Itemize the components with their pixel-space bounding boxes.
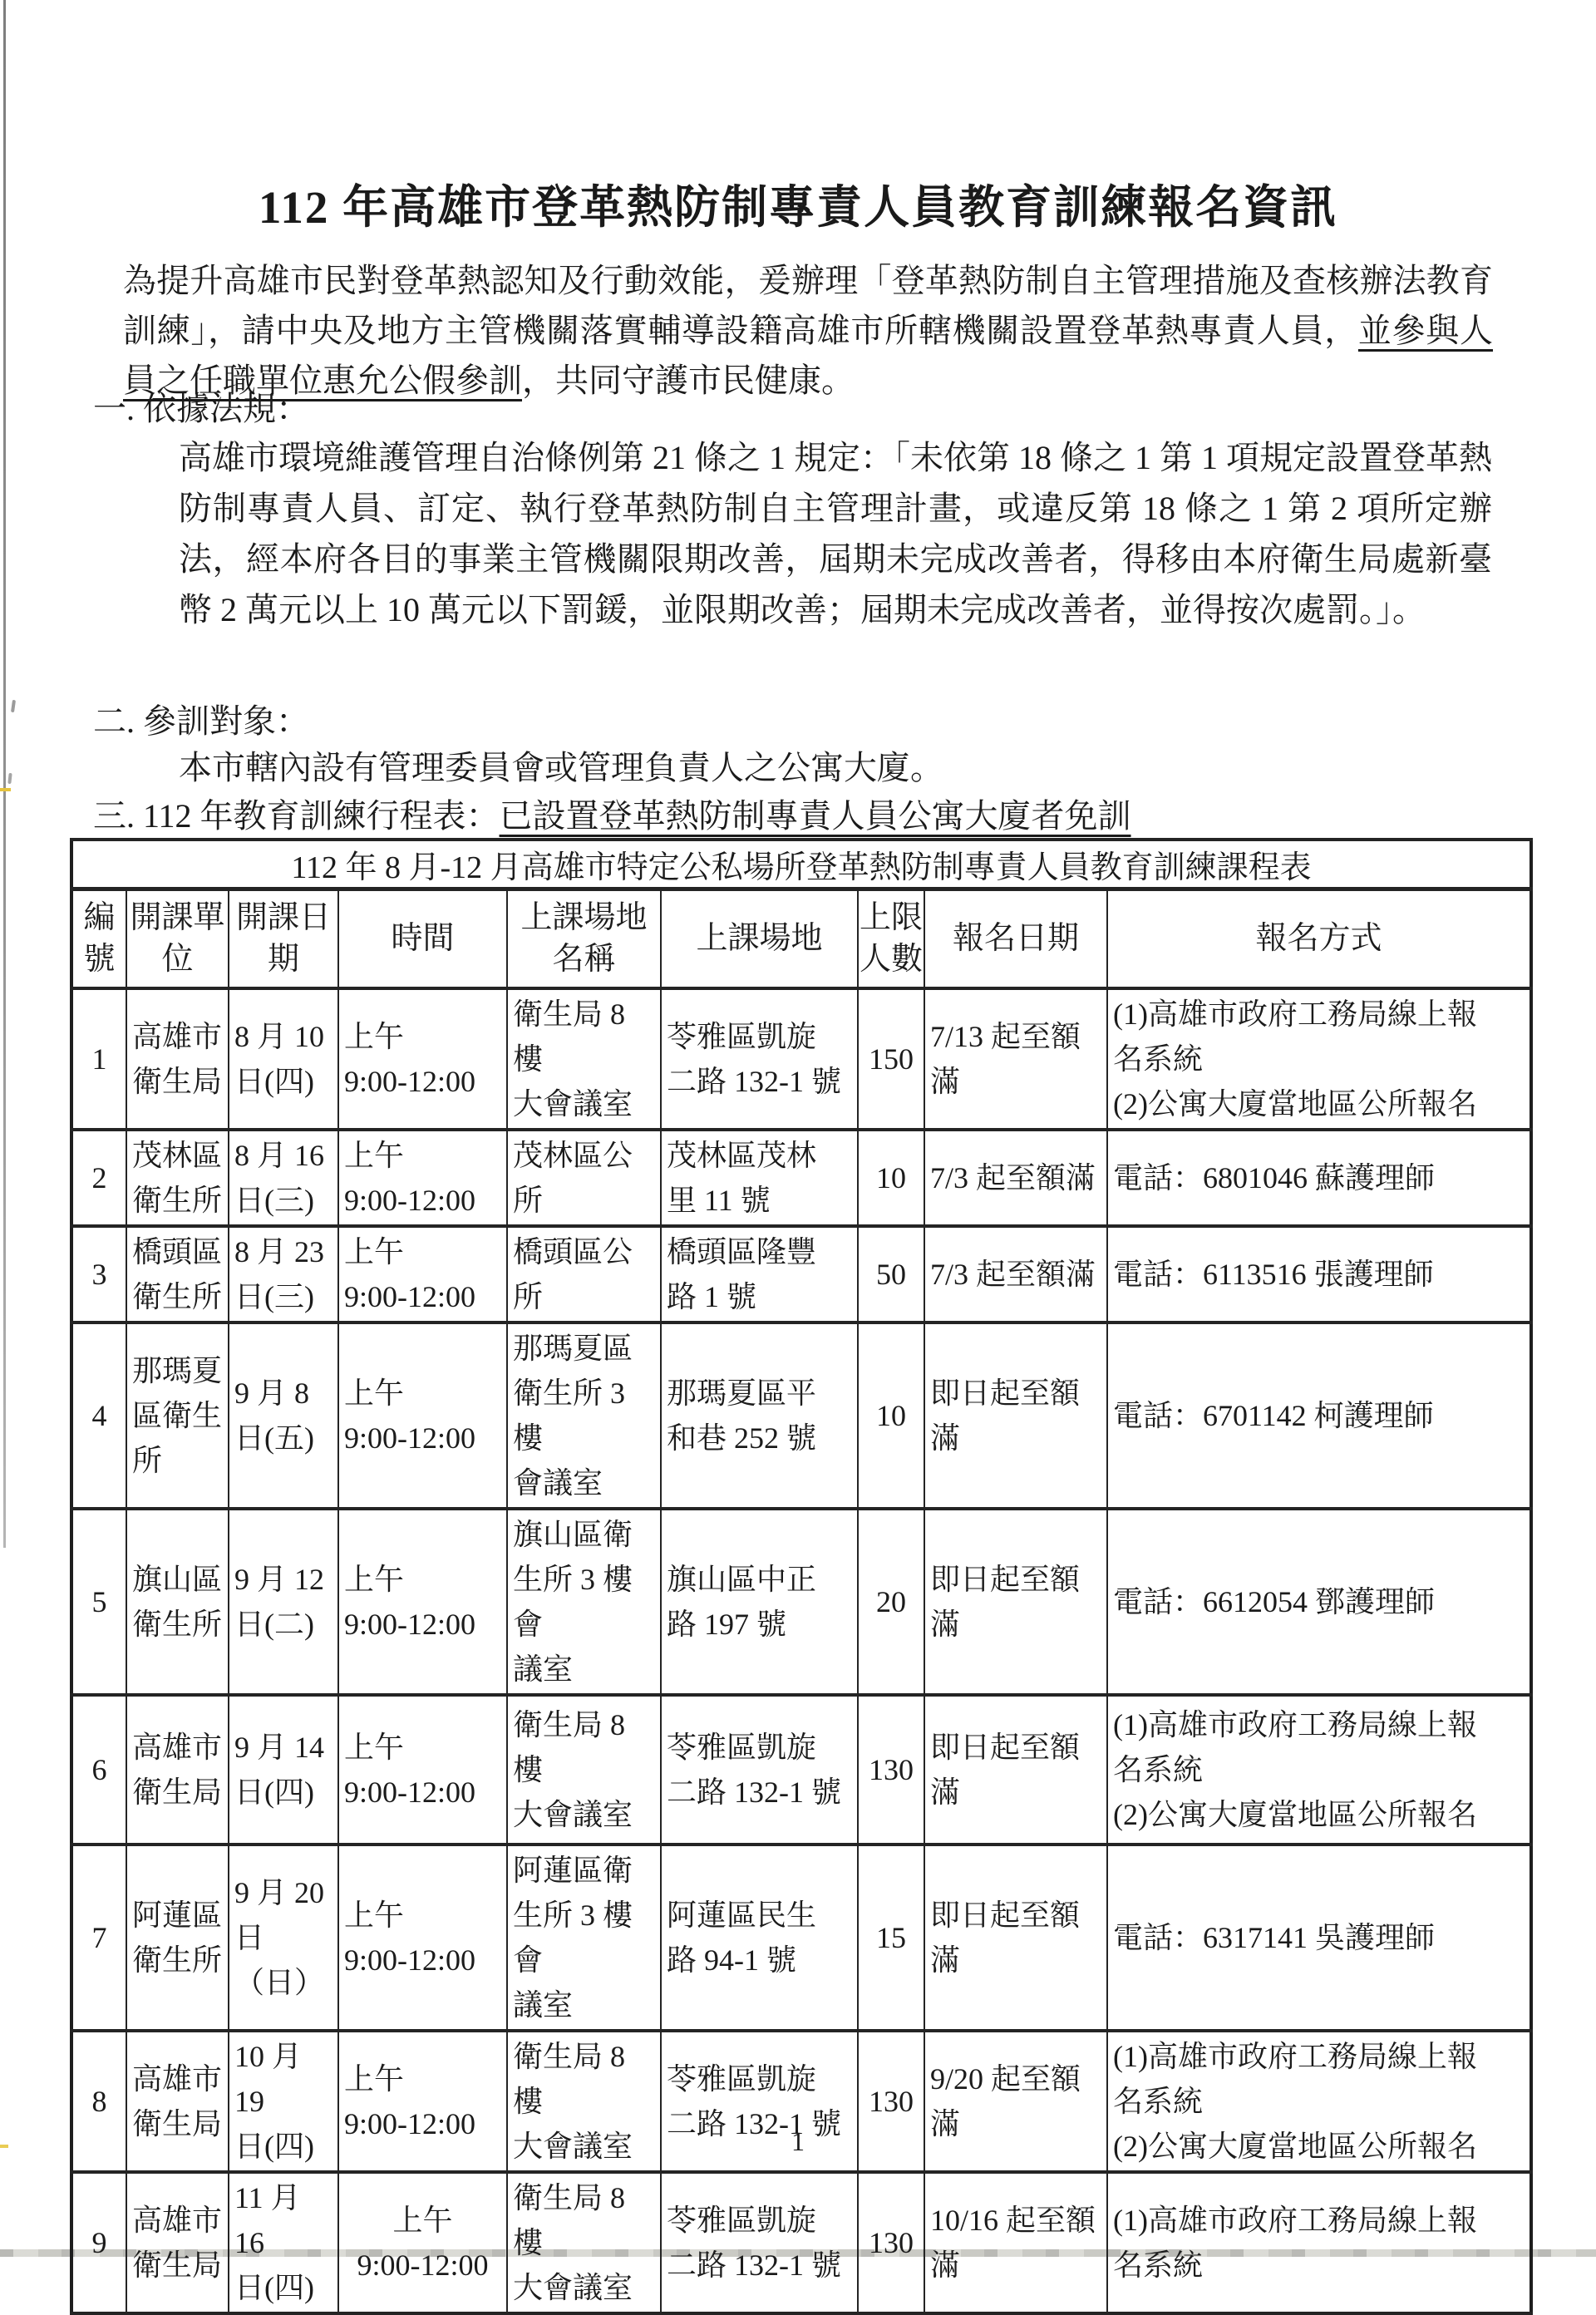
table-caption: 112 年 8 月-12 月高雄市特定公私場所登革熱防制專責人員教育訓練課程表	[71, 840, 1531, 889]
cell-course-date: 8 月 23 日(三)	[229, 1226, 338, 1323]
cell-venue-name: 衛生局 8 樓 大會議室	[507, 1695, 661, 1845]
table-row: 7阿蓮區 衛生所9 月 20 日（日）上午 9:00-12:00阿蓮區衛 生所 …	[71, 1845, 1531, 2031]
schedule-table: 112 年 8 月-12 月高雄市特定公私場所登革熱防制專責人員教育訓練課程表 …	[70, 838, 1533, 2315]
section-schedule-heading: 三. 112 年教育訓練行程表：已設置登革熱防制專責人員公寓大廈者免訓	[93, 790, 1131, 837]
column-header: 開課單位	[126, 889, 229, 988]
cell-registration-method: 電話：6317141 吳護理師	[1107, 1845, 1531, 2031]
column-header: 上課場地	[661, 889, 858, 988]
cell-organizing-unit: 茂林區 衛生所	[126, 1130, 229, 1226]
cell-participant-limit: 20	[858, 1509, 924, 1695]
cell-venue-name: 衛生局 8 樓 大會議室	[507, 988, 661, 1130]
column-header: 時間	[338, 889, 507, 988]
column-header: 編號	[71, 889, 126, 988]
table-row: 6高雄市 衛生局9 月 14 日(四)上午 9:00-12:00衛生局 8 樓 …	[71, 1695, 1531, 1845]
cell-course-date: 9 月 20 日（日）	[229, 1845, 338, 2031]
table-header-row: 編號開課單位開課日期時間上課場地名稱上課場地上限人數報名日期報名方式	[71, 889, 1531, 988]
cell-registration-method: 電話：6801046 蘇護理師	[1107, 1130, 1531, 1226]
cell-venue-name: 橋頭區公 所	[507, 1226, 661, 1323]
cell-course-time: 上午 9:00-12:00	[338, 1845, 507, 2031]
table-row: 1高雄市 衛生局8 月 10 日(四)上午 9:00-12:00衛生局 8 樓 …	[71, 988, 1531, 1130]
cell-venue-name: 阿蓮區衛 生所 3 樓會 議室	[507, 1845, 661, 2031]
cell-registration-date: 即日起至額 滿	[924, 1845, 1107, 2031]
table-row: 2茂林區 衛生所8 月 16 日(三)上午 9:00-12:00茂林區公 所茂林…	[71, 1130, 1531, 1226]
cell-course-time: 上午 9:00-12:00	[338, 1695, 507, 1845]
intro-paragraph: 為提升高雄市民對登革熱認知及行動效能，爰辦理「登革熱防制自主管理措施及查核辦法教…	[123, 256, 1493, 406]
scan-artifact-yellow-tick-1	[0, 788, 11, 791]
schedule-table-body: 1高雄市 衛生局8 月 10 日(四)上午 9:00-12:00衛生局 8 樓 …	[71, 988, 1531, 2313]
cell-course-number: 5	[71, 1509, 126, 1695]
cell-participant-limit: 15	[858, 1845, 924, 2031]
cell-venue-address: 苓雅區凱旋 二路 132-1 號	[661, 988, 858, 1130]
cell-registration-method: (1)高雄市政府工務局線上報 名系統	[1107, 2172, 1531, 2313]
cell-participant-limit: 150	[858, 988, 924, 1130]
table-row: 4那瑪夏 區衛生 所9 月 8 日(五)上午 9:00-12:00那瑪夏區 衛生…	[71, 1323, 1531, 1509]
cell-registration-date: 即日起至額 滿	[924, 1323, 1107, 1509]
scan-artifact-smudge-2	[7, 773, 12, 784]
column-header: 開課日期	[229, 889, 338, 988]
cell-course-number: 9	[71, 2172, 126, 2313]
cell-course-time: 上午 9:00-12:00	[338, 1323, 507, 1509]
page-number: 1	[0, 2126, 1596, 2157]
cell-participant-limit: 130	[858, 1695, 924, 1845]
cell-course-date: 9 月 12 日(二)	[229, 1509, 338, 1695]
cell-venue-name: 旗山區衛 生所 3 樓會 議室	[507, 1509, 661, 1695]
table-row: 5旗山區 衛生所9 月 12 日(二)上午 9:00-12:00旗山區衛 生所 …	[71, 1509, 1531, 1695]
cell-registration-date: 即日起至額 滿	[924, 1695, 1107, 1845]
intro-text-post: ，共同守護市民健康。	[522, 362, 855, 399]
cell-organizing-unit: 阿蓮區 衛生所	[126, 1845, 229, 2031]
scan-artifact-smudge-1	[11, 700, 16, 712]
cell-venue-address: 那瑪夏區平 和巷 252 號	[661, 1323, 858, 1509]
schedule-table-wrapper: 112 年 8 月-12 月高雄市特定公私場所登革熱防制專責人員教育訓練課程表 …	[70, 838, 1533, 2315]
cell-course-number: 7	[71, 1845, 126, 2031]
cell-registration-date: 10/16 起至額 滿	[924, 2172, 1107, 2313]
cell-organizing-unit: 橋頭區 衛生所	[126, 1226, 229, 1323]
cell-course-number: 2	[71, 1130, 126, 1226]
cell-venue-name: 茂林區公 所	[507, 1130, 661, 1226]
section-audience-heading: 二. 參訓對象：	[93, 695, 309, 742]
cell-course-number: 6	[71, 1695, 126, 1845]
cell-registration-method: 電話：6701142 柯護理師	[1107, 1323, 1531, 1509]
cell-course-time: 上午 9:00-12:00	[338, 2172, 507, 2313]
cell-venue-address: 阿蓮區民生 路 94-1 號	[661, 1845, 858, 2031]
page-title: 112 年高雄市登革熱防制專責人員教育訓練報名資訊	[0, 170, 1596, 236]
cell-participant-limit: 10	[858, 1130, 924, 1226]
column-header: 上限人數	[858, 889, 924, 988]
cell-organizing-unit: 旗山區 衛生所	[126, 1509, 229, 1695]
cell-venue-address: 旗山區中正 路 197 號	[661, 1509, 858, 1695]
section-audience-body: 本市轄內設有管理委員會或管理負責人之公寓大廈。	[179, 742, 1492, 793]
cell-course-number: 1	[71, 988, 126, 1130]
cell-registration-method: (1)高雄市政府工務局線上報 名系統 (2)公寓大廈當地區公所報名	[1107, 1695, 1531, 1845]
cell-registration-method: 電話：6113516 張護理師	[1107, 1226, 1531, 1323]
cell-registration-date: 7/13 起至額 滿	[924, 988, 1107, 1130]
cell-participant-limit: 130	[858, 2172, 924, 2313]
cell-participant-limit: 10	[858, 1323, 924, 1509]
column-header: 報名方式	[1107, 889, 1531, 988]
cell-registration-date: 7/3 起至額滿	[924, 1130, 1107, 1226]
cell-organizing-unit: 高雄市 衛生局	[126, 988, 229, 1130]
cell-registration-method: (1)高雄市政府工務局線上報 名系統 (2)公寓大廈當地區公所報名	[1107, 988, 1531, 1130]
cell-participant-limit: 50	[858, 1226, 924, 1323]
cell-course-number: 4	[71, 1323, 126, 1509]
cell-course-time: 上午 9:00-12:00	[338, 1509, 507, 1695]
cell-registration-date: 7/3 起至額滿	[924, 1226, 1107, 1323]
cell-course-date: 8 月 10 日(四)	[229, 988, 338, 1130]
table-row: 9高雄市 衛生局11 月 16 日(四)上午 9:00-12:00衛生局 8 樓…	[71, 2172, 1531, 2313]
cell-course-time: 上午 9:00-12:00	[338, 1130, 507, 1226]
cell-venue-address: 茂林區茂林 里 11 號	[661, 1130, 858, 1226]
cell-venue-address: 橋頭區隆豐 路 1 號	[661, 1226, 858, 1323]
cell-course-time: 上午 9:00-12:00	[338, 1226, 507, 1323]
cell-registration-method: 電話：6612054 鄧護理師	[1107, 1509, 1531, 1695]
intro-text-pre: 為提升高雄市民對登革熱認知及行動效能，爰辦理「登革熱防制自主管理措施及查核辦法教…	[123, 262, 1493, 349]
cell-venue-name: 那瑪夏區 衛生所 3 樓 會議室	[507, 1323, 661, 1509]
cell-organizing-unit: 高雄市 衛生局	[126, 2172, 229, 2313]
section-schedule-note-underlined: 已設置登革熱防制專責人員公寓大廈者免訓	[500, 797, 1131, 835]
cell-venue-name: 衛生局 8 樓 大會議室	[507, 2172, 661, 2313]
cell-course-date: 11 月 16 日(四)	[229, 2172, 338, 2313]
section-schedule-heading-text: 三. 112 年教育訓練行程表：	[93, 797, 500, 835]
cell-course-date: 8 月 16 日(三)	[229, 1130, 338, 1226]
cell-venue-address: 苓雅區凱旋 二路 132-1 號	[661, 1695, 858, 1845]
cell-venue-address: 苓雅區凱旋 二路 132-1 號	[661, 2172, 858, 2313]
section-legal-body: 高雄市環境維護管理自治條例第 21 條之 1 規定：「未依第 18 條之 1 第…	[179, 432, 1492, 635]
cell-registration-date: 即日起至額 滿	[924, 1509, 1107, 1695]
cell-organizing-unit: 那瑪夏 區衛生 所	[126, 1323, 229, 1509]
table-caption-row: 112 年 8 月-12 月高雄市特定公私場所登革熱防制專責人員教育訓練課程表	[71, 840, 1531, 889]
cell-organizing-unit: 高雄市 衛生局	[126, 1695, 229, 1845]
cell-course-date: 9 月 14 日(四)	[229, 1695, 338, 1845]
cell-course-time: 上午 9:00-12:00	[338, 988, 507, 1130]
table-row: 3橋頭區 衛生所8 月 23 日(三)上午 9:00-12:00橋頭區公 所橋頭…	[71, 1226, 1531, 1323]
column-header: 報名日期	[924, 889, 1107, 988]
column-header: 上課場地名稱	[507, 889, 661, 988]
cell-course-date: 9 月 8 日(五)	[229, 1323, 338, 1509]
cell-course-number: 3	[71, 1226, 126, 1323]
section-legal-heading: 一. 依據法規：	[93, 382, 309, 430]
